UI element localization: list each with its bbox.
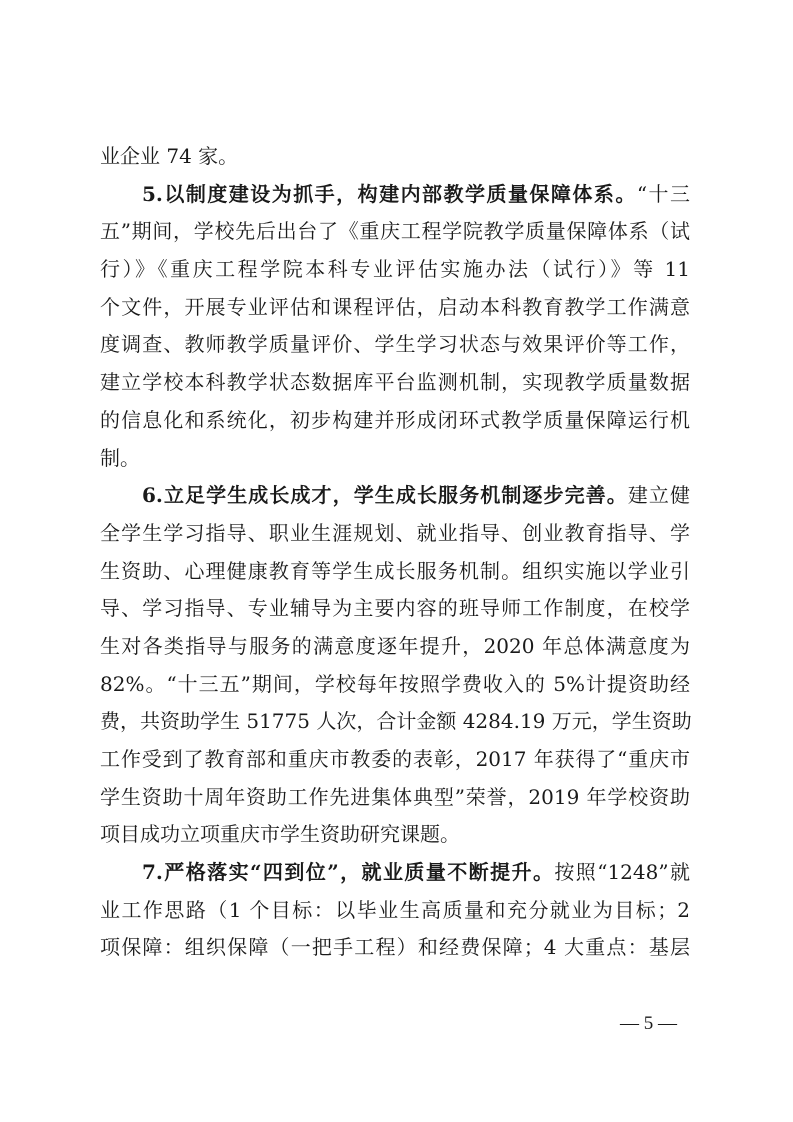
text-line: 度调查、教师教学质量评价、学生学习状态与效果评价等工作， <box>100 326 690 364</box>
text-line: 项目成功立项重庆市学生资助研究课题。 <box>100 816 690 854</box>
paragraph-6-lead: 建立健 <box>628 483 690 507</box>
text-line: 生资助、心理健康教育等学生成长服务机制。组织实施以学业引 <box>100 553 690 591</box>
paragraph-6-first-line: 6.立足学生成长成才，学生成长服务机制逐步完善。建立健 <box>100 477 690 515</box>
text-line: 导、学习指导、专业辅导为主要内容的班导师工作制度，在校学 <box>100 590 690 628</box>
paragraph-5-lead: “十三 <box>637 182 690 206</box>
text-line: 的信息化和系统化，初步构建并形成闭环式教学质量保障运行机 <box>100 402 690 440</box>
text-line: 业企业 74 家。 <box>100 138 690 176</box>
paragraph-7-heading: 7.严格落实“四到位”，就业质量不断提升。 <box>142 860 554 884</box>
text-line: 费，共资助学生 51775 人次，合计金额 4284.19 万元，学生资助 <box>100 703 690 741</box>
text-line: 学生资助十周年资助工作先进集体典型”荣誉，2019 年学校资助 <box>100 779 690 817</box>
paragraph-7-first-line: 7.严格落实“四到位”，就业质量不断提升。按照“1248”就 <box>100 854 690 892</box>
text-line: 五”期间，学校先后出台了《重庆工程学院教学质量保障体系（试 <box>100 213 690 251</box>
text-line: 82%。“十三五”期间，学校每年按照学费收入的 5%计提资助经 <box>100 666 690 704</box>
text-line: 全学生学习指导、职业生涯规划、就业指导、创业教育指导、学 <box>100 515 690 553</box>
text-line: 项保障：组织保障（一把手工程）和经费保障；4 大重点：基层 <box>100 929 690 967</box>
text-line: 生对各类指导与服务的满意度逐年提升，2020 年总体满意度为 <box>100 628 690 666</box>
text-line: 工作受到了教育部和重庆市教委的表彰，2017 年获得了“重庆市 <box>100 741 690 779</box>
text-line: 个文件，开展专业评估和课程评估，启动本科教育教学工作满意 <box>100 289 690 327</box>
document-page: 业企业 74 家。 5.以制度建设为抓手，构建内部教学质量保障体系。“十三 五”… <box>100 138 690 967</box>
text-line: 制。 <box>100 440 690 478</box>
text-line: 行）》《重庆工程学院本科专业评估实施办法（试行）》等 11 <box>100 251 690 289</box>
paragraph-6-heading: 6.立足学生成长成才，学生成长服务机制逐步完善。 <box>142 483 628 507</box>
paragraph-7-lead: 按照“1248”就 <box>554 860 690 884</box>
text-line: 建立学校本科教学状态数据库平台监测机制，实现教学质量数据 <box>100 364 690 402</box>
page-number: — 5 — <box>620 1013 677 1035</box>
text-line: 业工作思路（1 个目标：以毕业生高质量和充分就业为目标；2 <box>100 892 690 930</box>
paragraph-5-first-line: 5.以制度建设为抓手，构建内部教学质量保障体系。“十三 <box>100 176 690 214</box>
paragraph-5-heading: 5.以制度建设为抓手，构建内部教学质量保障体系。 <box>142 182 637 206</box>
